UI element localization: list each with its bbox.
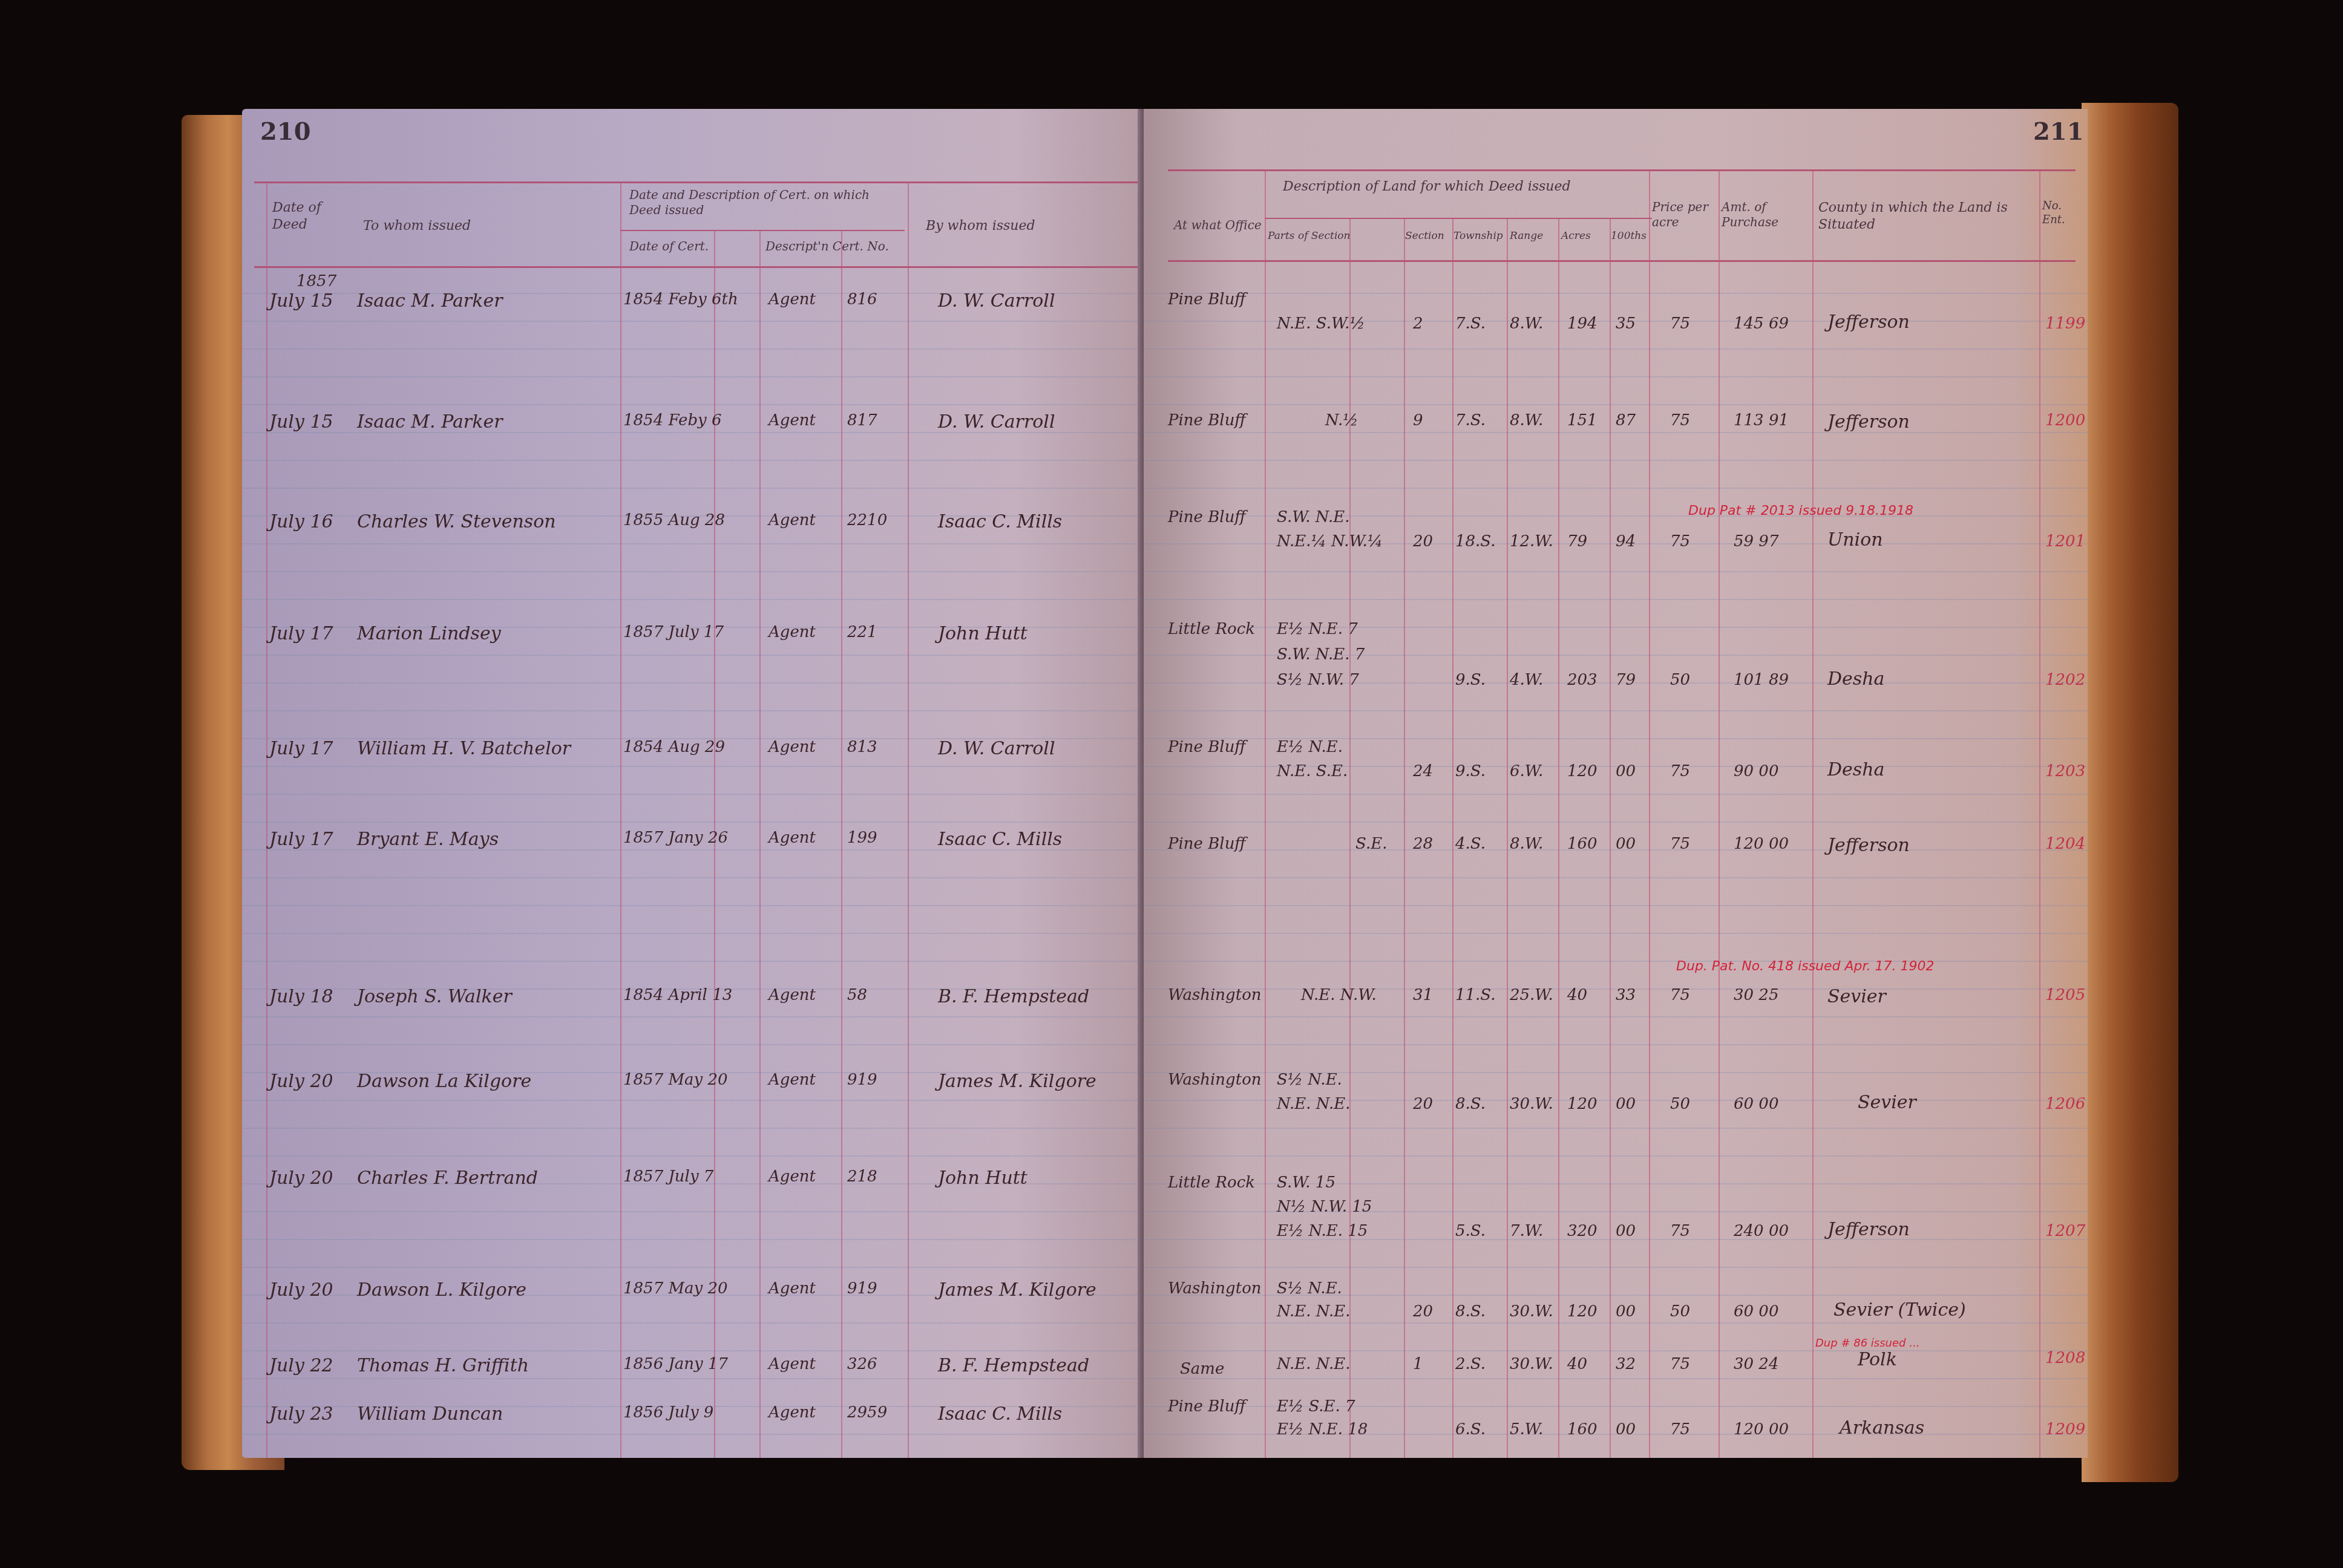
duplicate-patent-note: Dup # 86 issued ... (1815, 1337, 1919, 1350)
cert-desc: Agent (768, 829, 816, 847)
land-range: 30.W. (1510, 1355, 1553, 1373)
purchase-amount: 113 91 (1734, 411, 1789, 430)
deed-date: July 22 (269, 1355, 333, 1376)
col-rule (1812, 169, 1814, 1458)
cert-desc: Agent (768, 1403, 816, 1422)
issued-by: John Hutt (938, 1168, 1027, 1189)
price-per-acre: 75 (1670, 1420, 1690, 1439)
col-rule (908, 181, 909, 1458)
land-township: 6.S. (1455, 1420, 1486, 1439)
cert-no: 816 (847, 290, 877, 309)
land-parts: S½ N.E. (1277, 1071, 1342, 1089)
land-hundredths: 79 (1616, 671, 1636, 689)
purchase-amount: 240 00 (1734, 1222, 1789, 1240)
col-rule (1452, 218, 1453, 1458)
county: Desha (1827, 668, 1884, 690)
land-office: Pine Bluff (1168, 835, 1246, 853)
header-by-whom-issued: By whom issued (926, 218, 1035, 235)
entry-number: 1199 (2045, 315, 2085, 333)
entry-number: 1206 (2045, 1095, 2085, 1113)
land-range: 8.W. (1510, 315, 1543, 333)
land-hundredths: 35 (1616, 315, 1636, 333)
land-parts: E½ S.E. 7 (1277, 1397, 1355, 1416)
land-hundredths: 00 (1616, 762, 1636, 780)
county: Desha (1827, 759, 1884, 780)
land-hundredths: 00 (1616, 1420, 1636, 1439)
purchase-amount: 30 24 (1734, 1355, 1778, 1373)
land-acres: 203 (1567, 671, 1597, 689)
land-acres: 151 (1567, 411, 1597, 430)
cert-date: 1854 Feby 6th (623, 290, 738, 309)
header-descript-cert-no: Descript'n Cert. No. (765, 239, 899, 254)
entry-number: 1205 (2045, 986, 2085, 1004)
cert-no: 817 (847, 411, 877, 430)
county: Jefferson (1827, 411, 1910, 433)
county: Sevier (1858, 1092, 1916, 1113)
land-acres: 120 (1567, 1302, 1597, 1321)
cert-desc: Agent (768, 623, 816, 641)
entry-number: 1208 (2045, 1349, 2085, 1367)
entry-number: 1202 (2045, 671, 2085, 689)
col-rule (2039, 169, 2040, 1458)
land-hundredths: 00 (1616, 1222, 1636, 1240)
land-hundredths: 00 (1616, 1302, 1636, 1321)
cert-date: 1857 May 20 (623, 1279, 728, 1298)
grantee-name: Bryant E. Mays (357, 829, 499, 850)
col-rule (841, 230, 842, 1458)
grantee-name: William Duncan (357, 1403, 503, 1425)
header-rule-bottom (1168, 260, 2076, 262)
grantee-name: Charles F. Bertrand (357, 1168, 538, 1189)
header-rule-bottom (254, 266, 1150, 268)
grantee-name: Dawson L. Kilgore (357, 1279, 526, 1301)
cert-desc: Agent (768, 986, 816, 1004)
header-no-ent: No. Ent. (2042, 200, 2085, 227)
land-parts: N.E. S.E. (1277, 762, 1348, 780)
land-section: 20 (1413, 1095, 1433, 1113)
entry-number: 1209 (2045, 1420, 2085, 1439)
cert-date: 1856 Jany 17 (623, 1355, 728, 1373)
land-acres: 40 (1567, 986, 1587, 1004)
county: Sevier (Twice) (1833, 1299, 1966, 1321)
entry-number: 1203 (2045, 762, 2085, 780)
grantee-name: William H. V. Batchelor (357, 738, 571, 759)
land-office: Washington (1168, 1071, 1262, 1089)
land-parts: N.E. N.E. (1277, 1302, 1350, 1321)
cert-no: 2210 (847, 511, 887, 529)
price-per-acre: 75 (1670, 411, 1690, 430)
cert-desc: Agent (768, 738, 816, 756)
entry-number: 1200 (2045, 411, 2085, 430)
deed-date: July 17 (269, 623, 333, 644)
land-parts: E½ N.E. 15 (1277, 1222, 1368, 1240)
issued-by: James M. Kilgore (938, 1279, 1096, 1301)
land-parts: S.W. N.E. (1277, 508, 1349, 526)
col-rule (266, 181, 267, 1458)
land-range: 30.W. (1510, 1095, 1553, 1113)
col-rule (1649, 169, 1650, 1458)
land-township: 2.S. (1455, 1355, 1486, 1373)
book-edge-right (2082, 103, 2178, 1482)
land-office: Pine Bluff (1168, 738, 1246, 756)
issued-by: Isaac C. Mills (938, 829, 1062, 850)
land-hundredths: 94 (1616, 532, 1636, 550)
page-number-left: 210 (260, 117, 311, 146)
land-parts: N.E.¼ N.W.¼ (1277, 532, 1383, 550)
col-rule (1719, 169, 1720, 1458)
land-parts: N.E. N.W. (1301, 986, 1377, 1004)
land-section: 20 (1413, 1302, 1433, 1321)
land-office: Washington (1168, 1279, 1262, 1298)
land-range: 4.W. (1510, 671, 1543, 689)
grantee-name: Joseph S. Walker (357, 986, 512, 1007)
header-land-group: Description of Land for which Deed issue… (1283, 178, 1646, 195)
cert-no: 2959 (847, 1403, 887, 1422)
land-acres: 194 (1567, 315, 1597, 333)
cert-desc: Agent (768, 1168, 816, 1186)
land-range: 6.W. (1510, 762, 1543, 780)
col-rule (1507, 218, 1508, 1458)
header-hundredths: 100ths (1611, 230, 1647, 243)
header-township: Township (1453, 230, 1503, 243)
purchase-amount: 120 00 (1734, 1420, 1789, 1439)
cert-desc: Agent (768, 290, 816, 309)
grantee-name: Isaac M. Parker (357, 290, 502, 312)
issued-by: Isaac C. Mills (938, 511, 1062, 532)
deed-date: July 17 (269, 738, 333, 759)
header-price-per-acre: Price per acre (1652, 200, 1715, 230)
price-per-acre: 50 (1670, 1302, 1690, 1321)
deed-date: July 18 (269, 986, 333, 1007)
land-office: Pine Bluff (1168, 508, 1246, 526)
deed-date: July 15 (269, 290, 333, 312)
land-parts: N½ N.W. 15 (1277, 1198, 1372, 1216)
land-parts: E½ N.E. (1277, 738, 1343, 756)
cert-date: 1857 July 17 (623, 623, 724, 641)
land-township: 8.S. (1455, 1302, 1486, 1321)
header-county: County in which the Land is Situated (1818, 200, 2036, 233)
duplicate-patent-note: Dup. Pat. No. 418 issued Apr. 17. 1902 (1676, 959, 1935, 974)
land-range: 8.W. (1510, 411, 1543, 430)
land-section: 28 (1413, 835, 1433, 853)
land-section: 20 (1413, 532, 1433, 550)
price-per-acre: 75 (1670, 1355, 1690, 1373)
land-parts: N.E. N.E. (1277, 1355, 1350, 1373)
header-acres: Acres (1561, 230, 1591, 243)
header-rule-mid (1265, 218, 1652, 219)
entry-number: 1201 (2045, 532, 2085, 550)
cert-date: 1854 April 13 (623, 986, 732, 1004)
price-per-acre: 75 (1670, 532, 1690, 550)
cert-no: 221 (847, 623, 877, 641)
land-township: 9.S. (1455, 762, 1486, 780)
land-range: 7.W. (1510, 1222, 1543, 1240)
price-per-acre: 50 (1670, 1095, 1690, 1113)
land-range: 30.W. (1510, 1302, 1553, 1321)
header-section: Section (1405, 230, 1444, 243)
land-section: 24 (1413, 762, 1433, 780)
cert-desc: Agent (768, 1355, 816, 1373)
cert-date: 1855 Aug 28 (623, 511, 725, 529)
deed-date: July 16 (269, 511, 333, 532)
land-range: 5.W. (1510, 1420, 1543, 1439)
cert-desc: Agent (768, 511, 816, 529)
land-range: 12.W. (1510, 532, 1553, 550)
land-section: 31 (1413, 986, 1433, 1004)
issued-by: Isaac C. Mills (938, 1403, 1062, 1425)
cert-date: 1857 July 7 (623, 1168, 713, 1186)
county: Sevier (1827, 986, 1886, 1007)
cert-no: 813 (847, 738, 877, 756)
grantee-name: Thomas H. Griffith (357, 1355, 529, 1376)
land-township: 18.S. (1455, 532, 1496, 550)
land-parts: S.W. 15 (1277, 1174, 1335, 1192)
land-office: Pine Bluff (1168, 290, 1246, 309)
header-rule-mid (620, 230, 905, 231)
land-acres: 160 (1567, 835, 1597, 853)
ledger-page-left: 210 Date of Deed To whom issued Date and… (242, 109, 1150, 1458)
price-per-acre: 75 (1670, 1222, 1690, 1240)
cert-no: 326 (847, 1355, 877, 1373)
cert-desc: Agent (768, 1071, 816, 1089)
cert-date: 1857 Jany 26 (623, 829, 728, 847)
land-acres: 320 (1567, 1222, 1597, 1240)
ledger-page-right: 211 At what Office Description of Land f… (1144, 109, 2088, 1458)
header-rule-top (254, 181, 1150, 183)
issued-by: John Hutt (938, 623, 1027, 644)
county: Jefferson (1827, 835, 1910, 856)
land-parts: S½ N.W. 7 (1277, 671, 1359, 689)
header-parts-of-section: Parts of Section (1268, 230, 1401, 243)
land-parts: N.E. N.E. (1277, 1095, 1350, 1113)
cert-date: 1854 Feby 6 (623, 411, 722, 430)
col-rule (759, 230, 761, 1458)
cert-no: 199 (847, 829, 877, 847)
purchase-amount: 30 25 (1734, 986, 1778, 1004)
county: Union (1827, 529, 1883, 550)
issued-by: D. W. Carroll (938, 290, 1055, 312)
cert-no: 919 (847, 1071, 877, 1089)
cert-date: 1854 Aug 29 (623, 738, 725, 756)
land-township: 9.S. (1455, 671, 1486, 689)
cert-desc: Agent (768, 411, 816, 430)
grantee-name: Isaac M. Parker (357, 411, 502, 433)
land-hundredths: 00 (1616, 1095, 1636, 1113)
price-per-acre: 75 (1670, 315, 1690, 333)
price-per-acre: 75 (1670, 762, 1690, 780)
header-to-whom-issued: To whom issued (363, 218, 471, 235)
land-range: 25.W. (1510, 986, 1553, 1004)
cert-no: 919 (847, 1279, 877, 1298)
land-parts: S½ N.E. (1277, 1279, 1342, 1298)
page-number-right: 211 (2033, 117, 2084, 146)
land-parts: S.E. (1355, 835, 1387, 853)
year-marker: 1857 (297, 272, 336, 290)
land-township: 5.S. (1455, 1222, 1486, 1240)
deed-date: July 17 (269, 829, 333, 850)
header-rule-top (1168, 169, 2076, 171)
land-parts: E½ N.E. 7 (1277, 620, 1358, 638)
entry-number: 1207 (2045, 1222, 2085, 1240)
purchase-amount: 59 97 (1734, 532, 1778, 550)
land-office: Same (1180, 1360, 1224, 1378)
duplicate-patent-note: Dup Pat # 2013 issued 9.18.1918 (1688, 503, 1913, 518)
purchase-amount: 90 00 (1734, 762, 1778, 780)
land-office: Pine Bluff (1168, 1397, 1246, 1416)
land-township: 8.S. (1455, 1095, 1486, 1113)
land-range: 8.W. (1510, 835, 1543, 853)
grantee-name: Charles W. Stevenson (357, 511, 556, 532)
land-acres: 79 (1567, 532, 1587, 550)
header-date-of-cert: Date of Cert. (629, 239, 709, 254)
deed-date: July 20 (269, 1168, 333, 1189)
land-parts: N.½ (1325, 411, 1358, 430)
price-per-acre: 75 (1670, 986, 1690, 1004)
grantee-name: Dawson La Kilgore (357, 1071, 531, 1092)
issued-by: B. F. Hempstead (938, 1355, 1089, 1376)
deed-date: July 15 (269, 411, 333, 433)
issued-by: D. W. Carroll (938, 411, 1055, 433)
land-acres: 160 (1567, 1420, 1597, 1439)
header-amt-of-purchase: Amt. of Purchase (1722, 200, 1809, 230)
land-section: 2 (1413, 315, 1423, 333)
header-range: Range (1510, 230, 1543, 243)
land-parts: E½ N.E. 18 (1277, 1420, 1368, 1439)
col-rule (1404, 218, 1405, 1458)
land-township: 4.S. (1455, 835, 1486, 853)
col-rule (1349, 218, 1351, 1458)
grantee-name: Marion Lindsey (357, 623, 501, 644)
issued-by: James M. Kilgore (938, 1071, 1096, 1092)
land-parts: N.E. S.W.½ (1277, 315, 1365, 333)
purchase-amount: 120 00 (1734, 835, 1789, 853)
land-office: Pine Bluff (1168, 411, 1246, 430)
col-rule (1265, 169, 1266, 1458)
cert-date: 1857 May 20 (623, 1071, 728, 1089)
col-rule (1610, 218, 1611, 1458)
land-office: Little Rock (1168, 1174, 1255, 1192)
purchase-amount: 60 00 (1734, 1302, 1778, 1321)
land-acres: 120 (1567, 762, 1597, 780)
land-township: 7.S. (1455, 411, 1486, 430)
entry-number: 1204 (2045, 835, 2085, 853)
col-rule (1558, 218, 1559, 1458)
header-at-what-office: At what Office (1174, 218, 1262, 233)
header-cert-group: Date and Description of Cert. on which D… (629, 188, 902, 218)
land-acres: 40 (1567, 1355, 1587, 1373)
land-office: Little Rock (1168, 620, 1255, 638)
price-per-acre: 50 (1670, 671, 1690, 689)
land-hundredths: 32 (1616, 1355, 1636, 1373)
land-office: Washington (1168, 986, 1262, 1004)
cert-desc: Agent (768, 1279, 816, 1298)
cert-no: 218 (847, 1168, 877, 1186)
land-hundredths: 33 (1616, 986, 1636, 1004)
land-township: 11.S. (1455, 986, 1496, 1004)
county: Jefferson (1827, 1219, 1910, 1240)
land-hundredths: 00 (1616, 835, 1636, 853)
issued-by: D. W. Carroll (938, 738, 1055, 759)
price-per-acre: 75 (1670, 835, 1690, 853)
cert-no: 58 (847, 986, 867, 1004)
land-township: 7.S. (1455, 315, 1486, 333)
purchase-amount: 145 69 (1734, 315, 1789, 333)
col-rule (620, 181, 621, 1458)
county: Polk (1858, 1349, 1897, 1370)
purchase-amount: 101 89 (1734, 671, 1789, 689)
land-parts: S.W. N.E. 7 (1277, 645, 1365, 664)
header-date-of-deed: Date of Deed (272, 200, 327, 233)
land-section: 1 (1413, 1355, 1423, 1373)
deed-date: July 20 (269, 1071, 333, 1092)
county: Jefferson (1827, 312, 1910, 333)
land-hundredths: 87 (1616, 411, 1636, 430)
issued-by: B. F. Hempstead (938, 986, 1089, 1007)
land-section: 9 (1413, 411, 1423, 430)
purchase-amount: 60 00 (1734, 1095, 1778, 1113)
county: Arkansas (1840, 1417, 1924, 1439)
deed-date: July 20 (269, 1279, 333, 1301)
land-acres: 120 (1567, 1095, 1597, 1113)
deed-date: July 23 (269, 1403, 333, 1425)
cert-date: 1856 July 9 (623, 1403, 713, 1422)
